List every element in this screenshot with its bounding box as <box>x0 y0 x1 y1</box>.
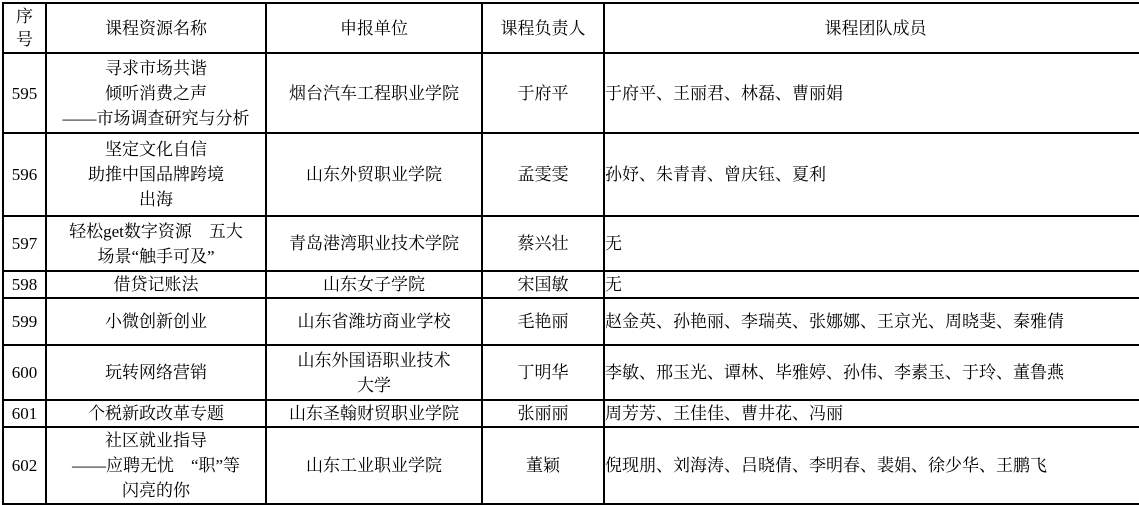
course-name-cell: 小微创新创业 <box>46 298 266 345</box>
course-leader-cell: 董颖 <box>482 427 604 500</box>
table-row: 601 个税新政改革专题 山东圣翰财贸职业学院 张丽丽 周芳芳、王佳佳、曹井花、… <box>3 400 1139 427</box>
course-leader-cell: 于府平 <box>482 53 604 133</box>
serial-number-cell: 598 <box>3 271 46 298</box>
table-row: 598 借贷记账法 山东女子学院 宋国敏 无 <box>3 271 1139 298</box>
course-name-cell: 社区就业指导 ——应聘无忧 “职”等 闪亮的你 <box>46 427 266 500</box>
serial-number-cell: 602 <box>3 427 46 500</box>
team-members-cell: 无 <box>604 216 1139 271</box>
table-row: 599 小微创新创业 山东省潍坊商业学校 毛艳丽 赵金英、孙艳丽、李瑞英、张娜娜… <box>3 298 1139 345</box>
team-members-cell: 赵金英、孙艳丽、李瑞英、张娜娜、王京光、周晓斐、秦雅倩 <box>604 298 1139 345</box>
serial-number-cell: 597 <box>3 216 46 271</box>
course-leader-cell: 丁明华 <box>482 345 604 400</box>
serial-number-cell: 601 <box>3 400 46 427</box>
course-resource-table: 序 号 课程资源名称 申报单位 课程负责人 课程团队成员 595 寻求市场共谐 … <box>2 2 1139 500</box>
declaring-unit-cell: 青岛港湾职业技术学院 <box>266 216 482 271</box>
table-row: 600 玩转网络营销 山东外国语职业技术 大学 丁明华 李敏、邢玉光、谭林、毕雅… <box>3 345 1139 400</box>
serial-number-cell: 596 <box>3 133 46 216</box>
header-row: 序 号 课程资源名称 申报单位 课程负责人 课程团队成员 <box>3 3 1139 53</box>
course-leader-cell: 孟雯雯 <box>482 133 604 216</box>
declaring-unit-cell: 山东外贸职业学院 <box>266 133 482 216</box>
course-name-cell: 坚定文化自信 助推中国品牌跨境 出海 <box>46 133 266 216</box>
table-row: 596 坚定文化自信 助推中国品牌跨境 出海 山东外贸职业学院 孟雯雯 孙妤、朱… <box>3 133 1139 216</box>
header-course-name: 课程资源名称 <box>46 3 266 53</box>
course-name-cell: 个税新政改革专题 <box>46 400 266 427</box>
serial-number-cell: 600 <box>3 345 46 400</box>
course-leader-cell: 毛艳丽 <box>482 298 604 345</box>
declaring-unit-cell: 山东工业职业学院 <box>266 427 482 500</box>
course-name-cell: 轻松get数字资源 五大 场景“触手可及” <box>46 216 266 271</box>
serial-number-cell: 595 <box>3 53 46 133</box>
team-members-cell: 无 <box>604 271 1139 298</box>
course-leader-cell: 蔡兴壮 <box>482 216 604 271</box>
table-row: 602 社区就业指导 ——应聘无忧 “职”等 闪亮的你 山东工业职业学院 董颖 … <box>3 427 1139 500</box>
course-name-cell: 寻求市场共谐 倾听消费之声 ——市场调查研究与分析 <box>46 53 266 133</box>
table-row: 597 轻松get数字资源 五大 场景“触手可及” 青岛港湾职业技术学院 蔡兴壮… <box>3 216 1139 271</box>
team-members-cell: 孙妤、朱青青、曾庆钰、夏利 <box>604 133 1139 216</box>
table-row: 595 寻求市场共谐 倾听消费之声 ——市场调查研究与分析 烟台汽车工程职业学院… <box>3 53 1139 133</box>
team-members-cell: 于府平、王丽君、林磊、曹丽娟 <box>604 53 1139 133</box>
declaring-unit-cell: 山东外国语职业技术 大学 <box>266 345 482 400</box>
course-leader-cell: 宋国敏 <box>482 271 604 298</box>
serial-number-cell: 599 <box>3 298 46 345</box>
team-members-cell: 周芳芳、王佳佳、曹井花、冯丽 <box>604 400 1139 427</box>
course-name-cell: 玩转网络营销 <box>46 345 266 400</box>
header-team-members: 课程团队成员 <box>604 3 1139 53</box>
team-members-cell: 李敏、邢玉光、谭林、毕雅婷、孙伟、李素玉、于玲、董鲁燕 <box>604 345 1139 400</box>
header-declaring-unit: 申报单位 <box>266 3 482 53</box>
header-course-leader: 课程负责人 <box>482 3 604 53</box>
declaring-unit-cell: 山东圣翰财贸职业学院 <box>266 400 482 427</box>
header-serial-number: 序 号 <box>3 3 46 53</box>
course-resource-table-container: 序 号 课程资源名称 申报单位 课程负责人 课程团队成员 595 寻求市场共谐 … <box>2 2 1139 500</box>
declaring-unit-cell: 山东女子学院 <box>266 271 482 298</box>
team-members-cell: 倪现朋、刘海涛、吕晓倩、李明春、裴娟、徐少华、王鹏飞 <box>604 427 1139 500</box>
declaring-unit-cell: 山东省潍坊商业学校 <box>266 298 482 345</box>
course-name-cell: 借贷记账法 <box>46 271 266 298</box>
course-leader-cell: 张丽丽 <box>482 400 604 427</box>
declaring-unit-cell: 烟台汽车工程职业学院 <box>266 53 482 133</box>
